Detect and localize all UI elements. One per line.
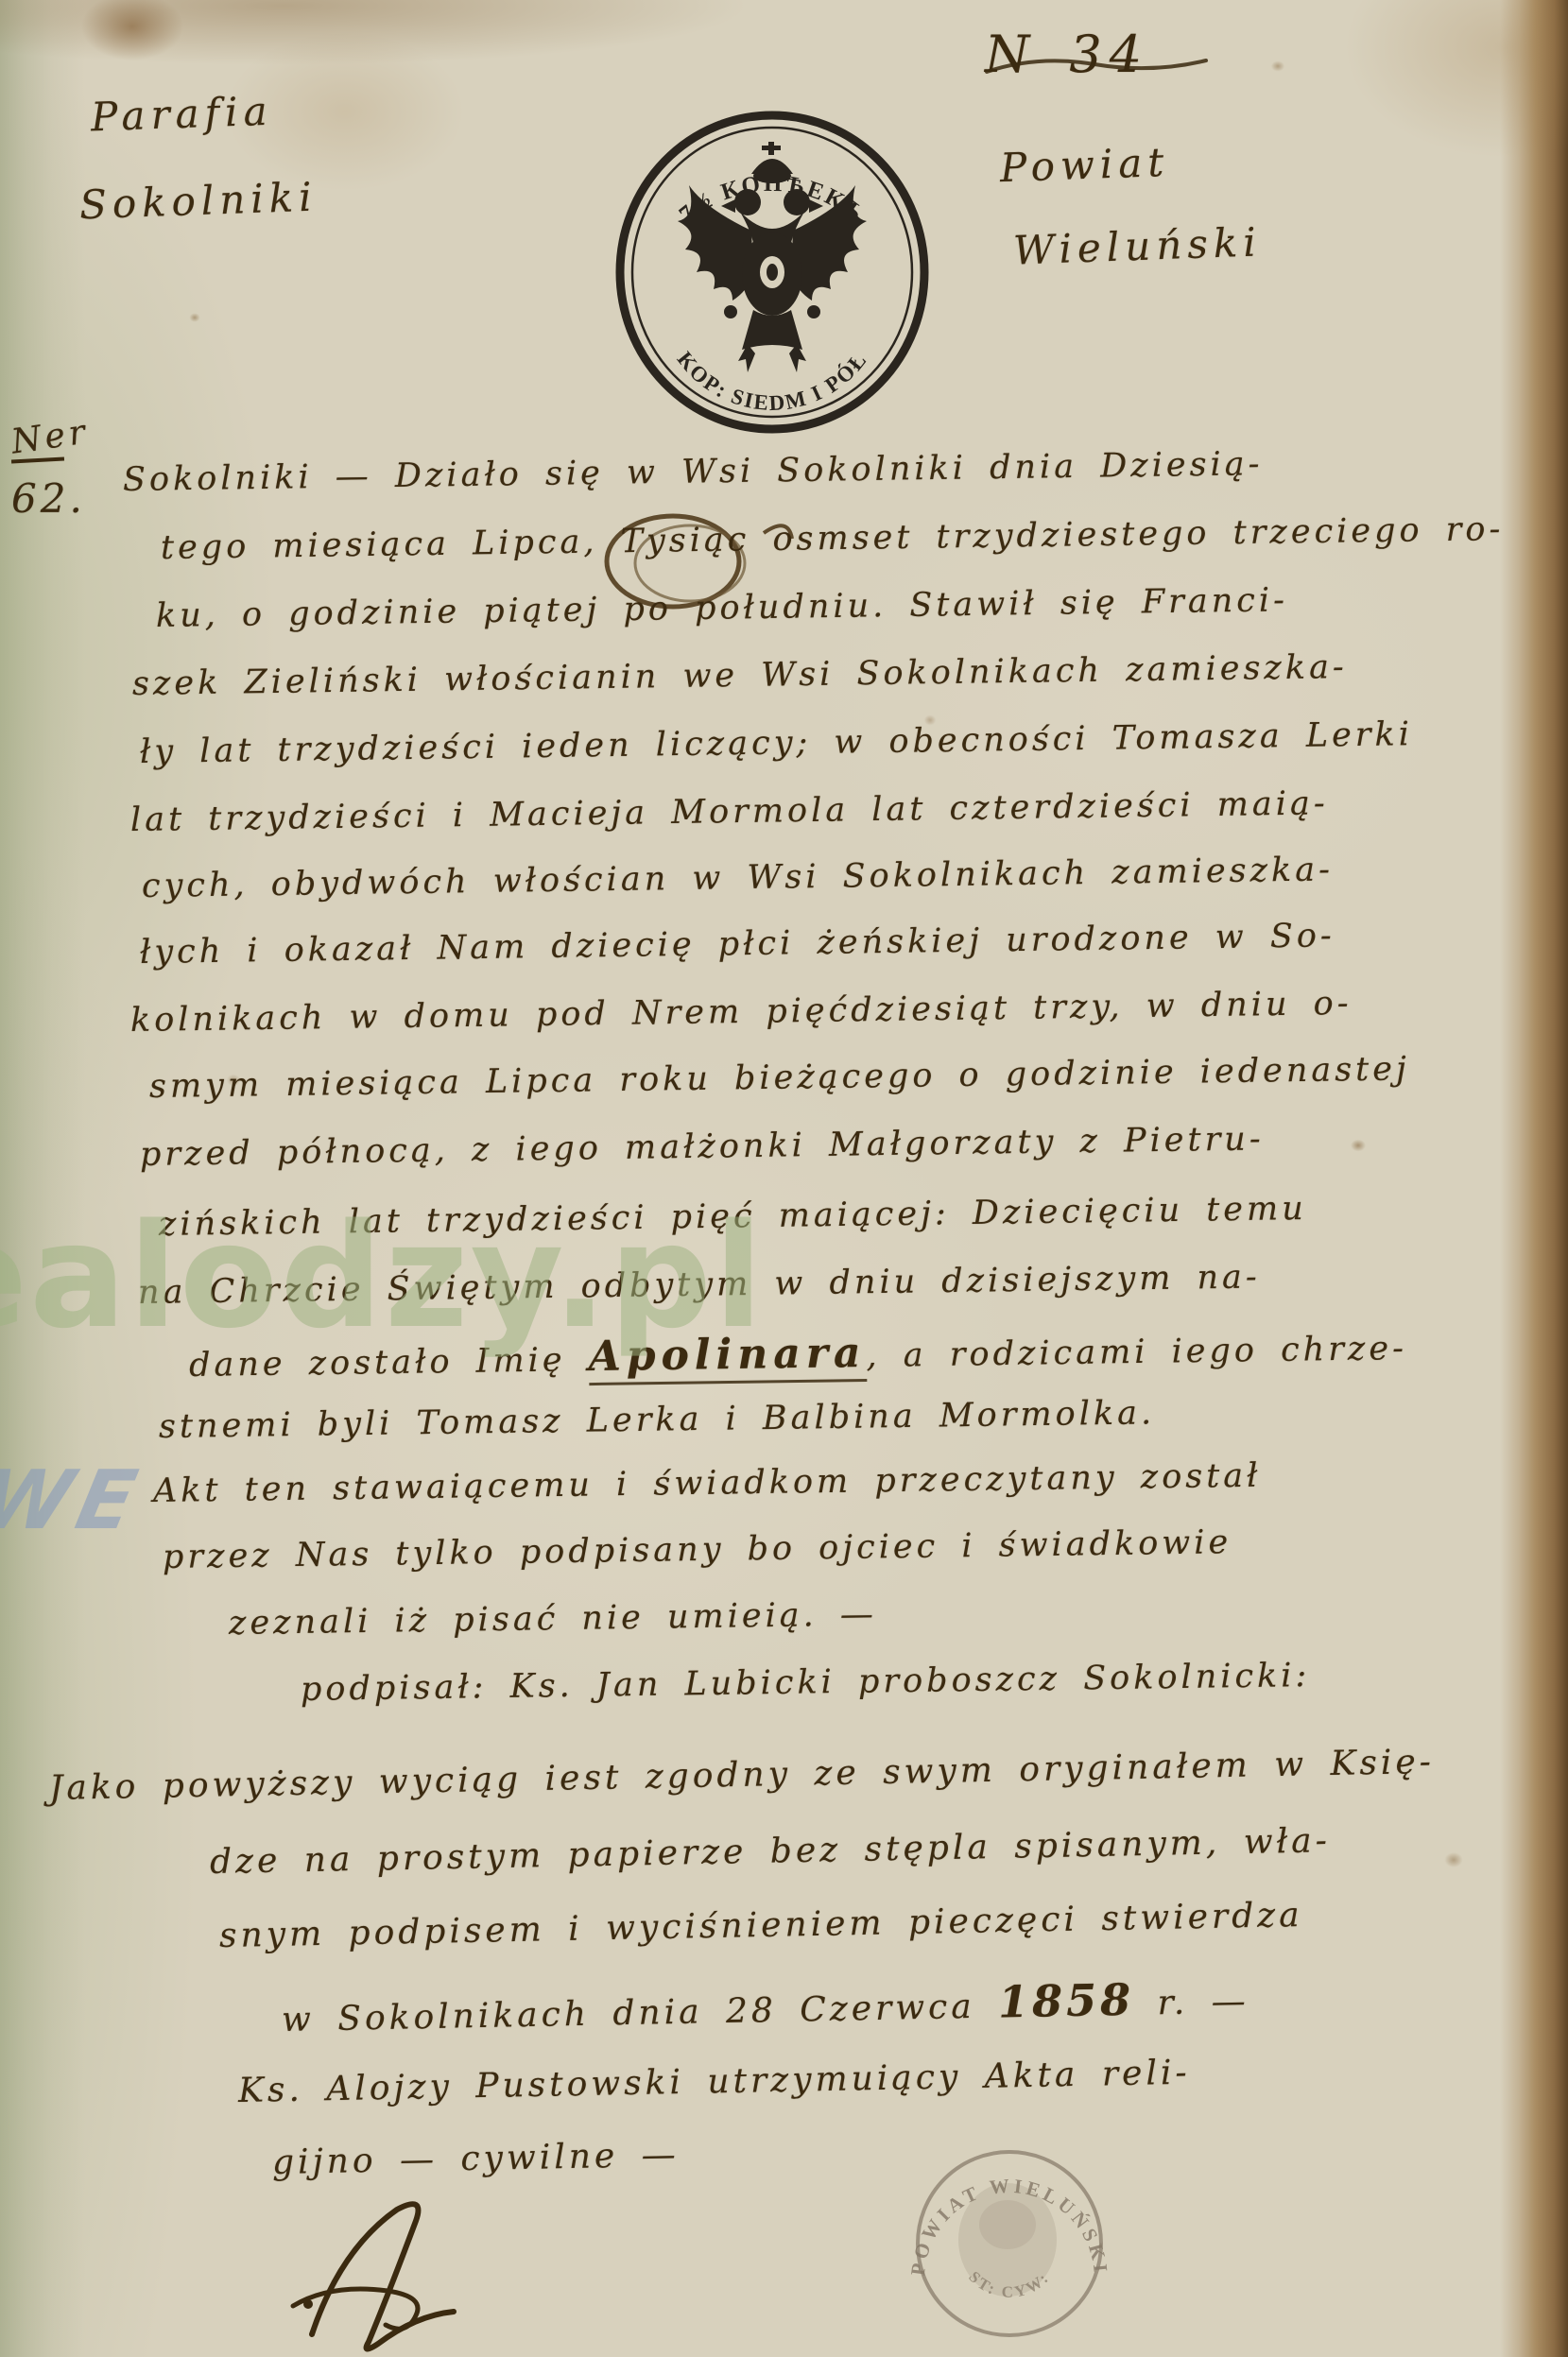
imperial-double-eagle-icon <box>678 142 867 372</box>
certification-date-pre: w Sokolnikach dnia 28 Czerwca <box>282 1987 999 2039</box>
margin-ner-label: Ner <box>9 412 92 461</box>
act-number-underline-flourish <box>981 23 1217 89</box>
certification-line: dze na prostym papierze bez stępla spisa… <box>210 1821 1332 1882</box>
body-line: szek Zieliński włościanin we Wsi Sokolni… <box>132 648 1348 703</box>
body-line: tego miesiąca Lipca, Tysiąc osmset trzyd… <box>161 510 1505 567</box>
priest-signature-line: podpisał: Ks. Jan Lubicki proboszcz Soko… <box>301 1657 1311 1709</box>
body-line: łych i okazał Nam dziecię płci żeńskiej … <box>140 917 1335 972</box>
parish-label-line1: Parafia <box>90 88 273 141</box>
body-line: przed północą, z iego małżonki Małgorzat… <box>140 1120 1265 1174</box>
certification-line: snym podpisem i wyciśnieniem pieczęci st… <box>219 1896 1303 1955</box>
keeper-signature-line: Ks. Alojzy Pustowski utrzymuiący Akta re… <box>238 2054 1191 2110</box>
body-line: lat trzydzieści i Macieja Mormola lat cz… <box>130 784 1329 839</box>
body-line: ły lat trzydzieści ieden liczący; w obec… <box>140 715 1413 771</box>
body-line: stnemi byli Tomasz Lerka i Balbina Mormo… <box>159 1394 1156 1446</box>
keeper-signature-line2: gijno — cywilne — <box>272 2136 680 2182</box>
margin-act-number: Ner 62. <box>11 418 89 522</box>
body-line: cych, obydwóch włościan w Wsi Sokolnikac… <box>142 851 1334 905</box>
revenue-stamp: 7½ КОПѢЕКЪ KOP: SIEDM I PÓŁ <box>610 106 936 437</box>
body-line: smym miesiąca Lipca roku bieżącego o god… <box>149 1050 1410 1106</box>
body-line: zeznali iż pisać nie umieią. — <box>229 1595 877 1643</box>
svg-text:KOP: SIEDM I PÓŁ: KOP: SIEDM I PÓŁ <box>673 347 872 415</box>
district-label-line2: Wieluński <box>1012 218 1262 273</box>
certification-date-post: r. — <box>1134 1982 1249 2022</box>
certification-date-line: w Sokolnikach dnia 28 Czerwca 1858 r. — <box>281 1971 1249 2041</box>
body-line: Sokolniki — Działo się w Wsi Sokolniki d… <box>123 445 1264 499</box>
genealodzy-watermark: ealodzy.pl <box>0 1193 765 1360</box>
body-line: kolnikach w domu pod Nrem pięćdziesiąt t… <box>130 985 1353 1040</box>
blue-logo-watermark: WE <box>0 1454 151 1548</box>
official-district-stamp: POWIAT WIELUŃSKI ST: CYW: <box>909 2138 1110 2351</box>
certification-line: Jako powyższy wyciąg iest zgodny ze swym… <box>49 1743 1436 1808</box>
signature-flourish <box>274 2193 501 2353</box>
district-label-line1: Powiat <box>999 139 1170 191</box>
body-line: przez Nas tylko podpisany bo ojciec i św… <box>163 1523 1232 1576</box>
certification-year: 1858 <box>998 1974 1135 2028</box>
body-line: Akt ten stawaiącemu i świadkom przeczyta… <box>153 1457 1262 1510</box>
parish-label-line2: Sokolniki <box>78 174 318 229</box>
body-line: ku, o godzinie piątej po południu. Stawi… <box>156 581 1288 635</box>
scanned-document-page: N 34 Parafia Sokolniki Powiat Wieluński … <box>0 0 1568 2357</box>
revenue-stamp-value-bottom: KOP: SIEDM I PÓŁ <box>673 347 872 415</box>
body-line-post: , a rodzicami iego chrze- <box>866 1330 1407 1375</box>
margin-number: 62. <box>11 475 89 522</box>
